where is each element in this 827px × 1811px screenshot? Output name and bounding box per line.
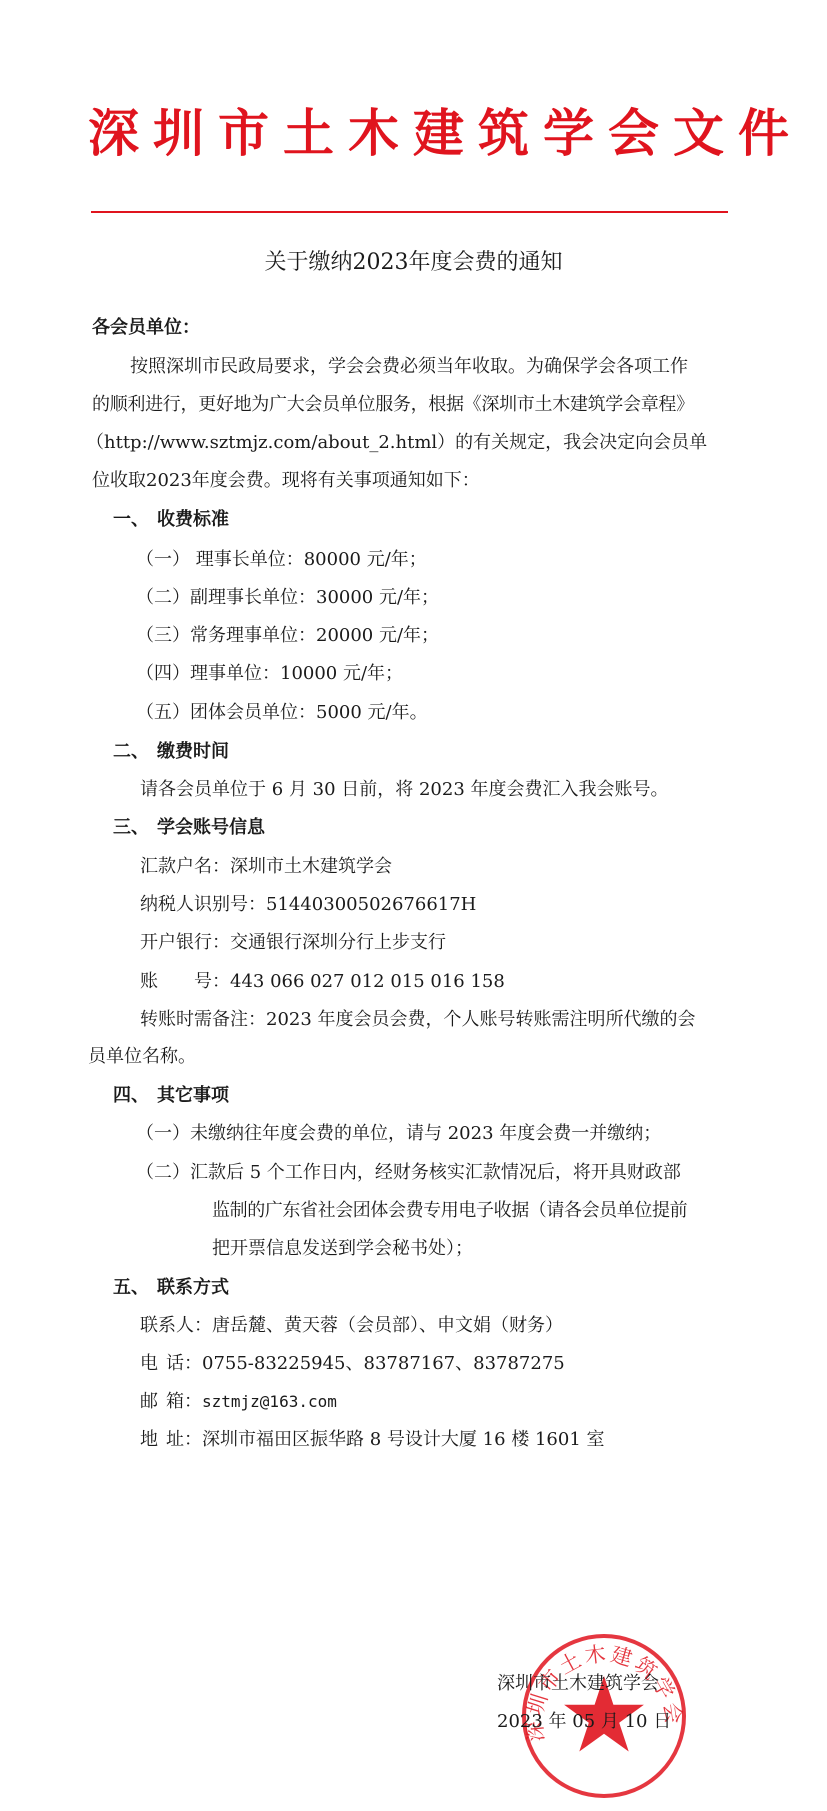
item-marker: （一） (136, 1123, 190, 1144)
signature-date: 2023 年 05 月 10 日 (497, 1710, 671, 1734)
fee-item-president: （一） 理事长单位：80000 元/年； (136, 548, 427, 572)
section-heading-account-info: 三、学会账号信息 (113, 816, 265, 840)
contact-person-row: 联系人：唐岳麓、黄天蓉（会员部）、申文娟（财务） (140, 1314, 563, 1338)
section-title: 收费标准 (157, 509, 229, 530)
intro-line-3: （http://www.sztmjz.com/about_2.html）的有关规… (86, 431, 707, 455)
other-item-2: （二）汇款后 5 个工作日内，经财务核实汇款情况后，将开具财政部 (136, 1161, 681, 1185)
section-title: 其它事项 (157, 1085, 229, 1106)
account-name-value: 深圳市土木建筑学会 (230, 856, 392, 877)
transfer-note-line-2: 员单位名称。 (88, 1045, 196, 1069)
item-text: 汇款后 5 个工作日内，经财务核实汇款情况后，将开具财政部 (190, 1162, 681, 1183)
transfer-note-line-1: 转账时需备注：2023 年度会员会费，个人账号转账需注明所代缴的会 (140, 1008, 696, 1032)
email-row: 邮箱：sztmjz@163.com (140, 1390, 337, 1414)
phone-label-b: 话： (166, 1353, 202, 1374)
email-value[interactable]: sztmjz@163.com (202, 1392, 337, 1411)
account-number-label-a: 账 (140, 970, 194, 994)
section-heading-fee-standard: 一、收费标准 (113, 508, 229, 532)
section-heading-payment-time: 二、缴费时间 (113, 740, 229, 764)
account-name-label: 汇款户名： (140, 856, 230, 877)
section-number: 三、 (113, 816, 157, 840)
item-text: 未缴纳往年度会费的单位，请与 2023 年度会费一并缴纳； (190, 1123, 661, 1144)
fee-item-group-member: （五）团体会员单位：5000 元/年。 (136, 701, 428, 725)
tax-id-label: 纳税人识别号： (140, 894, 266, 915)
section-title: 联系方式 (157, 1277, 229, 1298)
tax-id-value: 51440300502676617H (266, 894, 476, 915)
other-item-2-line-3: 把开票信息发送到学会秘书处）； (212, 1237, 473, 1261)
bank-value: 交通银行深圳分行上步支行 (230, 932, 446, 953)
bank-label: 开户银行： (140, 932, 230, 953)
account-number-row: 账号：443 066 027 012 015 016 158 (140, 970, 505, 994)
fee-item-standing-director: （三）常务理事单位：20000 元/年； (136, 624, 439, 648)
tax-id-row: 纳税人识别号：51440300502676617H (140, 893, 476, 917)
address-row: 地址：深圳市福田区振华路 8 号设计大厦 16 楼 1601 室 (140, 1428, 605, 1452)
section-heading-other-matters: 四、其它事项 (113, 1084, 229, 1108)
section-number: 二、 (113, 740, 157, 764)
contact-value: 唐岳麓、黄天蓉（会员部）、申文娟（财务） (212, 1315, 563, 1336)
account-number-label-b: 号： (194, 971, 230, 992)
fee-item-vice-president: （二）副理事长单位：30000 元/年； (136, 586, 439, 610)
account-name-row: 汇款户名：深圳市土木建筑学会 (140, 855, 392, 879)
phone-label-a: 电 (140, 1352, 166, 1376)
other-item-1: （一）未缴纳往年度会费的单位，请与 2023 年度会费一并缴纳； (136, 1122, 661, 1146)
bank-row: 开户银行：交通银行深圳分行上步支行 (140, 931, 446, 955)
section-title: 缴费时间 (157, 741, 229, 762)
intro-line-4: 位收取2023年度会费。现将有关事项通知如下： (92, 469, 480, 493)
fee-item-director: （四）理事单位：10000 元/年； (136, 662, 403, 686)
header-divider (91, 211, 728, 213)
salutation: 各会员单位： (92, 316, 200, 340)
phone-row: 电话：0755-83225945、83787167、83787275 (140, 1352, 565, 1376)
signature-org: 深圳市土木建筑学会 (497, 1672, 659, 1696)
section-number: 五、 (113, 1276, 157, 1300)
address-value: 深圳市福田区振华路 8 号设计大厦 16 楼 1601 室 (202, 1429, 605, 1450)
address-label-a: 地 (140, 1428, 166, 1452)
payment-deadline-text: 请各会员单位于 6 月 30 日前，将 2023 年度会费汇入我会账号。 (140, 778, 669, 802)
section-heading-contact: 五、联系方式 (113, 1276, 229, 1300)
section-number: 四、 (113, 1084, 157, 1108)
intro-line-1: 按照深圳市民政局要求，学会会费必须当年收取。为确保学会各项工作 (130, 355, 688, 379)
email-label-a: 邮 (140, 1390, 166, 1414)
section-number: 一、 (113, 508, 157, 532)
item-marker: （二） (136, 1162, 190, 1183)
document-header-title: 深圳市土木建筑学会文件 (88, 100, 734, 170)
intro-line-2: 的顺利进行，更好地为广大会员单位服务，根据《深圳市土木建筑学会章程》 (92, 393, 694, 417)
section-title: 学会账号信息 (157, 817, 265, 838)
email-label-b: 箱： (166, 1391, 202, 1412)
document-title: 关于缴纳2023年度会费的通知 (0, 249, 827, 277)
account-number-value: 443 066 027 012 015 016 158 (230, 971, 505, 992)
address-label-b: 址： (166, 1429, 202, 1450)
other-item-2-line-2: 监制的广东省社会团体会费专用电子收据（请各会员单位提前 (212, 1199, 687, 1223)
phone-value: 0755-83225945、83787167、83787275 (202, 1353, 565, 1374)
contact-label: 联系人： (140, 1315, 212, 1336)
